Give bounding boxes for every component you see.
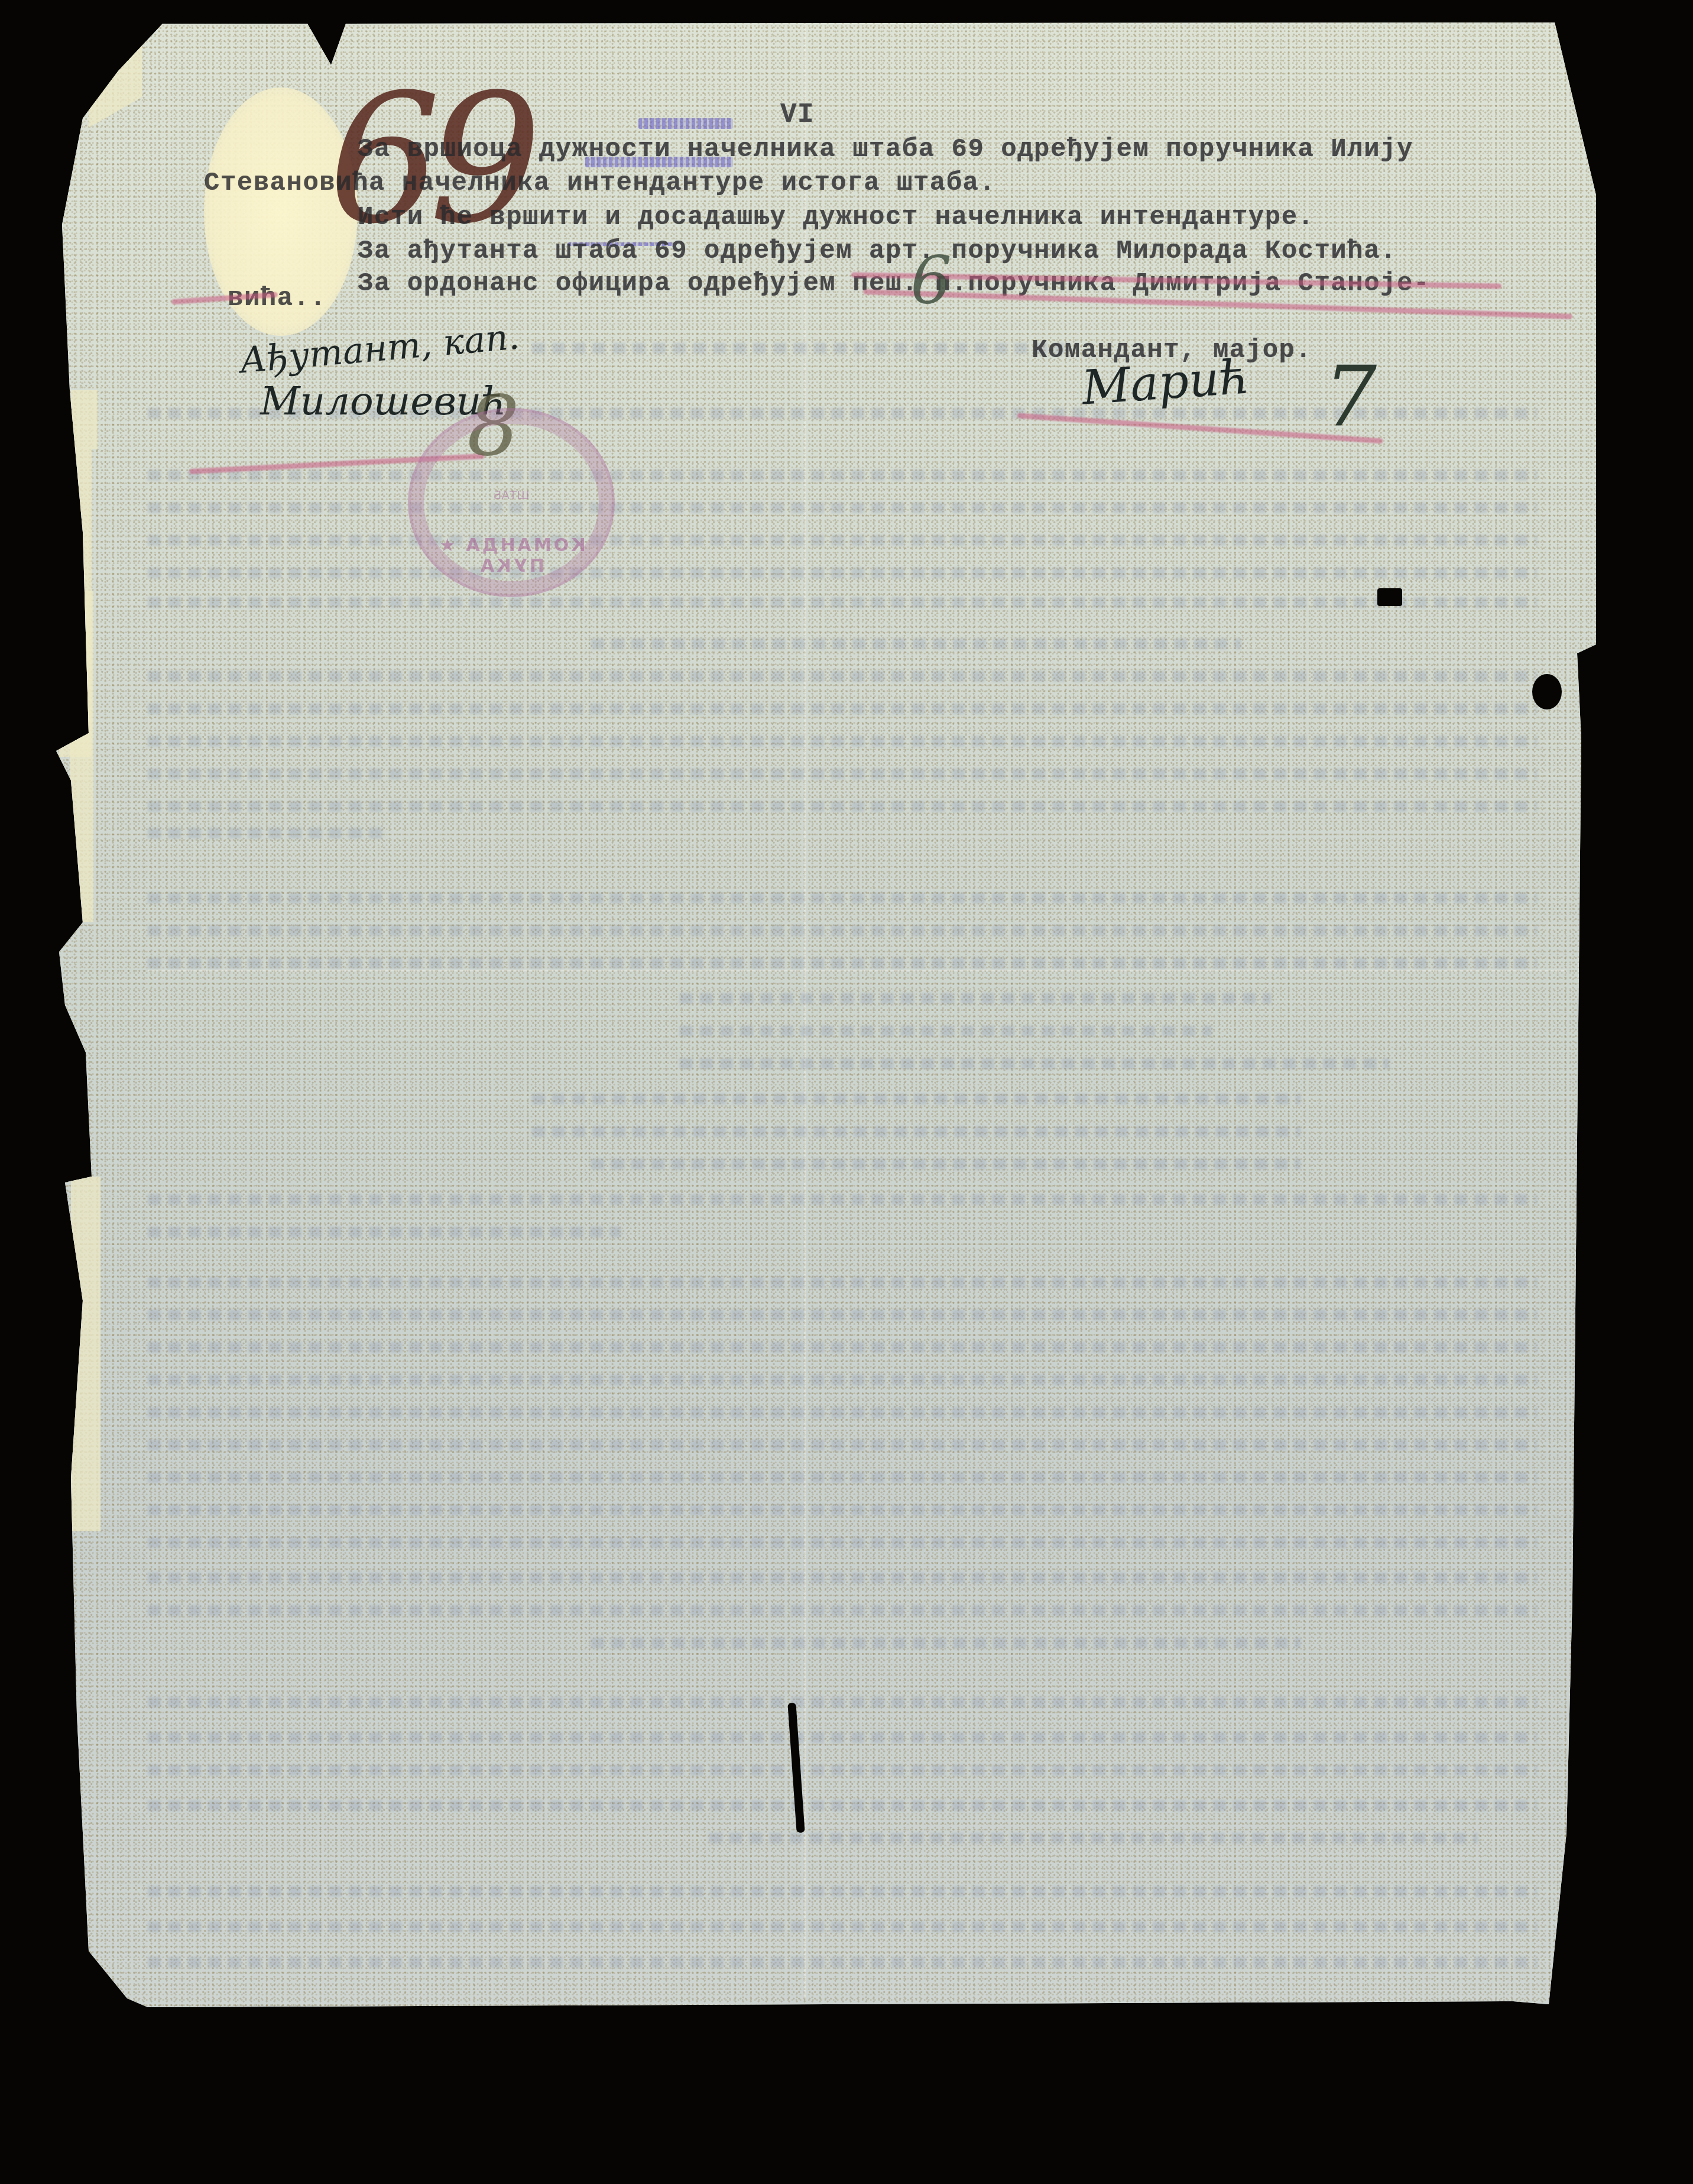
signature-mark: 7 xyxy=(1324,349,1377,445)
tape-repair xyxy=(71,390,98,449)
bleed-through-line xyxy=(148,1472,1537,1483)
bleed-through-line xyxy=(148,1407,1537,1418)
bleed-through-line xyxy=(148,1537,1537,1548)
bleed-through-line xyxy=(148,1573,1537,1583)
bleed-through-line xyxy=(148,1342,1537,1353)
bleed-through-line xyxy=(148,568,1537,578)
bleed-through-line xyxy=(532,1126,1300,1137)
bleed-through-line xyxy=(148,1310,1537,1320)
bleed-through-line xyxy=(148,801,1537,812)
bleed-through-line xyxy=(148,1921,1537,1932)
bleed-through-line xyxy=(148,1505,1537,1515)
bleed-through-line xyxy=(148,535,1537,546)
stamp-center-text: ШТАБ xyxy=(411,488,612,502)
bleed-through-line xyxy=(148,958,1537,968)
commander-signature: Марић xyxy=(1080,349,1251,416)
document-page: 69 VI За вршиоца дужности начелника штаб… xyxy=(0,0,1693,2184)
bleed-through-line xyxy=(591,1638,1300,1648)
bleed-through-line xyxy=(148,1886,1537,1897)
bleed-through-line xyxy=(148,736,1537,747)
bleed-through-line xyxy=(148,1605,1537,1616)
bleed-through-line xyxy=(148,893,1537,903)
bleed-through-line xyxy=(148,704,1537,714)
bleed-through-line xyxy=(148,1765,1537,1775)
bleed-through-line xyxy=(591,1159,1300,1169)
bleed-through-line xyxy=(680,1058,1389,1069)
order-line-3: Исти ће вршити и досадашњу дужност начел… xyxy=(358,203,1314,232)
official-stamp-mirrored: ШТАБ КОМАНДА ★ ПУКА xyxy=(408,408,615,597)
bleed-through-line xyxy=(709,1833,1478,1843)
order-line-4: За ађутанта штаба 69 одређујем арт. пору… xyxy=(358,236,1397,266)
tear-hole xyxy=(1377,588,1402,606)
bleed-through-line xyxy=(148,1732,1537,1743)
tape-repair xyxy=(70,591,93,922)
bleed-through-line xyxy=(148,1277,1537,1288)
bleed-through-line xyxy=(148,925,1537,936)
bleed-through-line xyxy=(148,470,1537,481)
section-heading: VI xyxy=(780,99,815,130)
bleed-through-line xyxy=(148,1440,1537,1450)
bleed-through-line xyxy=(532,1094,1300,1104)
stamp-ring-text: КОМАНДА ★ ПУКА xyxy=(411,535,612,576)
bleed-through-line xyxy=(148,1697,1537,1707)
bleed-through-line xyxy=(148,1194,1537,1205)
order-line-1: За вршиоца дужности начелника штаба 69 о… xyxy=(358,135,1413,164)
blue-stamp-mark xyxy=(638,118,733,129)
bleed-through-line xyxy=(148,828,384,838)
bleed-through-line xyxy=(148,503,1537,513)
order-line-2: Стевановића начелника интендантуре истог… xyxy=(204,169,995,198)
bleed-through-line xyxy=(680,993,1271,1004)
bleed-through-line xyxy=(680,1026,1212,1036)
bleed-through-line xyxy=(148,1227,621,1237)
tape-repair xyxy=(71,1177,100,1531)
punch-hole xyxy=(1532,674,1562,709)
bleed-through-line xyxy=(148,1957,1537,1968)
bleed-through-line xyxy=(148,1800,1537,1811)
bleed-through-line xyxy=(532,343,1064,354)
bleed-through-line xyxy=(148,597,1537,608)
bleed-through-line xyxy=(148,1375,1537,1385)
margin-mark-line5: 6 xyxy=(910,242,952,318)
fold-crease xyxy=(148,970,1566,971)
bleed-through-line xyxy=(591,639,1241,649)
bleed-through-line xyxy=(148,671,1537,682)
tape-repair xyxy=(89,8,142,128)
bleed-through-line xyxy=(148,769,1537,779)
